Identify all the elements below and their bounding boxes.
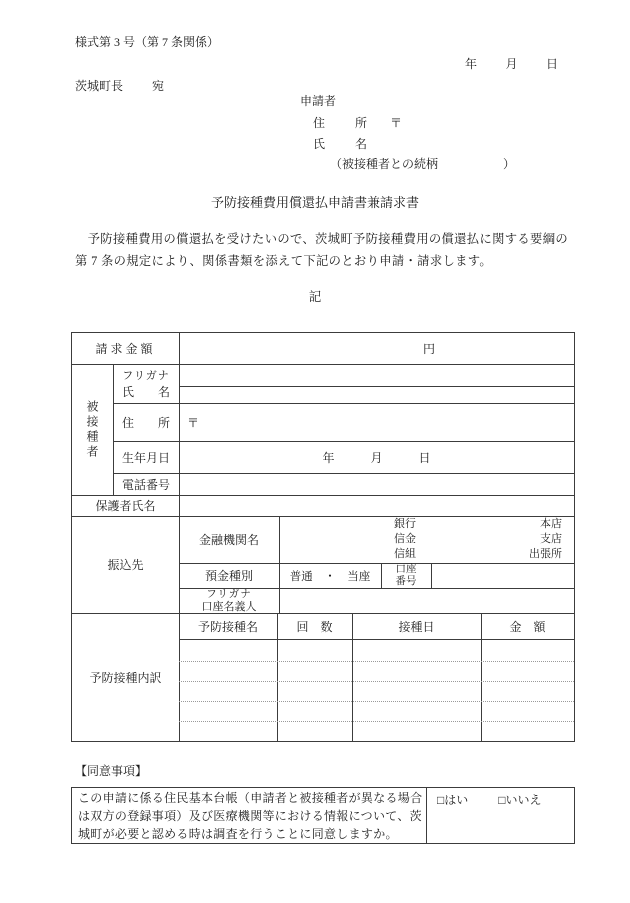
account-number-label: 口座 番号 <box>381 563 431 588</box>
branch-type-list: 本店 支店 出張所 <box>529 517 562 563</box>
account-holder-furigana-label: フリガナ <box>206 589 251 601</box>
dotted-row-line <box>179 721 574 722</box>
consent-options: □はい □いいえ <box>426 791 574 808</box>
applicant-name-line: 氏名 <box>313 135 367 152</box>
checkbox-icon[interactable]: □ <box>498 793 505 807</box>
account-holder-label: フリガナ 口座名義人 <box>179 588 279 613</box>
claim-amount-unit: 円 <box>423 340 435 357</box>
dotted-row-line <box>179 681 574 682</box>
financial-institution-label: 金融機関名 <box>179 516 279 563</box>
addressee-suffix: 宛 <box>152 79 164 93</box>
vaccination-breakdown-label: 予防接種内訳 <box>72 613 179 741</box>
furigana-input-cell <box>179 364 574 386</box>
consent-heading: 【同意事項】 <box>75 762 147 779</box>
birthdate-label: 生年月日 <box>113 441 179 473</box>
vaccination-column-header: 接種日 <box>352 613 481 639</box>
vaccination-column-header: 金 額 <box>481 613 574 639</box>
name-label-2: 名 <box>355 137 367 151</box>
document-page: 様式第 3 号（第 7 条関係） 年 月 日 茨城町長宛 申請者 住所〒 氏名 … <box>0 0 630 903</box>
deposit-type-label: 預金種別 <box>179 563 279 588</box>
name-input-cell <box>179 386 574 403</box>
vaccination-column-header: 予防接種名 <box>179 613 277 639</box>
address-label-2: 所 <box>355 116 367 130</box>
consent-text-line: 城町が必要と認める時は調査を行うことに同意しますか。 <box>78 825 426 843</box>
account-holder-name-label: 口座名義人 <box>202 601 257 613</box>
consent-text-line: この申請に係る住民基本台帳（申請者と被接種者が異なる場合 <box>78 789 426 807</box>
branch-type: 本店 <box>529 517 562 532</box>
date-day-label: 日 <box>546 55 558 72</box>
phone-input-cell <box>179 473 574 495</box>
divider-line <box>179 639 574 640</box>
date-line: 年 月 日 <box>465 55 558 72</box>
institution-type: 信組 <box>384 547 426 562</box>
guardian-name-label: 保護者氏名 <box>72 495 179 516</box>
body-line-2: 第 7 条の規定により、関係書類を添えて下記のとおり申請・請求します。 <box>75 250 568 272</box>
furigana-label: フリガナ <box>122 367 169 383</box>
institution-type: 銀行 <box>384 517 426 532</box>
vaccinee-group-label: 被接種者 <box>72 364 113 495</box>
institution-type: 信金 <box>384 532 426 547</box>
applicant-label: 申請者 <box>300 92 336 109</box>
guardian-name-input-cell <box>179 495 574 516</box>
address-label-1: 住 <box>313 116 325 130</box>
date-year-label: 年 <box>465 55 477 72</box>
applicant-address-line: 住所〒 <box>313 114 402 131</box>
furigana-name-label: フリガナ 氏 名 <box>113 364 179 403</box>
address-label: 住 所 <box>113 403 179 441</box>
consent-text-line: は双方の登録事項）及び医療機関等における情報について、茨 <box>78 807 426 825</box>
body-line-1: 予防接種費用の償還払を受けたいので、茨城町予防接種費用の償還払に関する要綱の <box>75 228 568 250</box>
postal-mark: 〒 <box>390 116 402 130</box>
consent-yes-label: はい <box>444 793 468 807</box>
account-number-input-cell <box>431 563 574 588</box>
form-number: 様式第 3 号（第 7 条関係） <box>75 33 219 50</box>
branch-type: 支店 <box>529 532 562 547</box>
relation-label-open: （被接種者との続柄 <box>330 155 438 172</box>
birthdate-input-cell: 年 月 日 <box>179 441 574 473</box>
claim-amount-cell: 円 <box>179 333 574 364</box>
vaccination-column-header: 回 数 <box>277 613 352 639</box>
dotted-row-line <box>179 661 574 662</box>
relation-line: （被接種者との続柄 ） <box>330 155 515 172</box>
dotted-row-line <box>179 701 574 702</box>
consent-yes-option[interactable]: □はい <box>437 793 468 807</box>
account-holder-input-cell <box>279 588 574 613</box>
consent-table: この申請に係る住民基本台帳（申請者と被接種者が異なる場合 は双方の登録事項）及び… <box>71 787 575 844</box>
name-label-1: 氏 <box>313 137 325 151</box>
claim-amount-label: 請求金額 <box>72 333 179 364</box>
addressee-line: 茨城町長宛 <box>75 77 164 94</box>
consent-text: この申請に係る住民基本台帳（申請者と被接種者が異なる場合 は双方の登録事項）及び… <box>72 789 426 844</box>
name-label: 氏 名 <box>122 383 170 400</box>
institution-type-list: 銀行 信金 信組 <box>384 517 426 563</box>
record-mark: 記 <box>0 287 630 305</box>
body-paragraph: 予防接種費用の償還払を受けたいので、茨城町予防接種費用の償還払に関する要綱の 第… <box>75 228 568 272</box>
consent-no-label: いいえ <box>506 793 542 807</box>
date-month-label: 月 <box>505 55 517 72</box>
financial-institution-cell: 銀行 信金 信組 本店 支店 出張所 <box>279 516 574 563</box>
address-input-cell: 〒 <box>179 403 574 441</box>
consent-no-option[interactable]: □いいえ <box>498 793 541 807</box>
deposit-type-options: 普通 ・ 当座 <box>279 563 381 588</box>
transfer-destination-label: 振込先 <box>72 516 179 613</box>
relation-label-close: ） <box>503 155 515 172</box>
main-table: 請求金額 円 被接種者 フリガナ 氏 名 住 所 〒 生年月日 年 月 日 電話… <box>71 332 575 742</box>
branch-type: 出張所 <box>529 547 562 562</box>
postal-mark: 〒 <box>187 414 199 431</box>
addressee: 茨城町長 <box>75 79 123 93</box>
page-title: 予防接種費用償還払申請書兼請求書 <box>0 192 630 211</box>
phone-label: 電話番号 <box>113 473 179 495</box>
